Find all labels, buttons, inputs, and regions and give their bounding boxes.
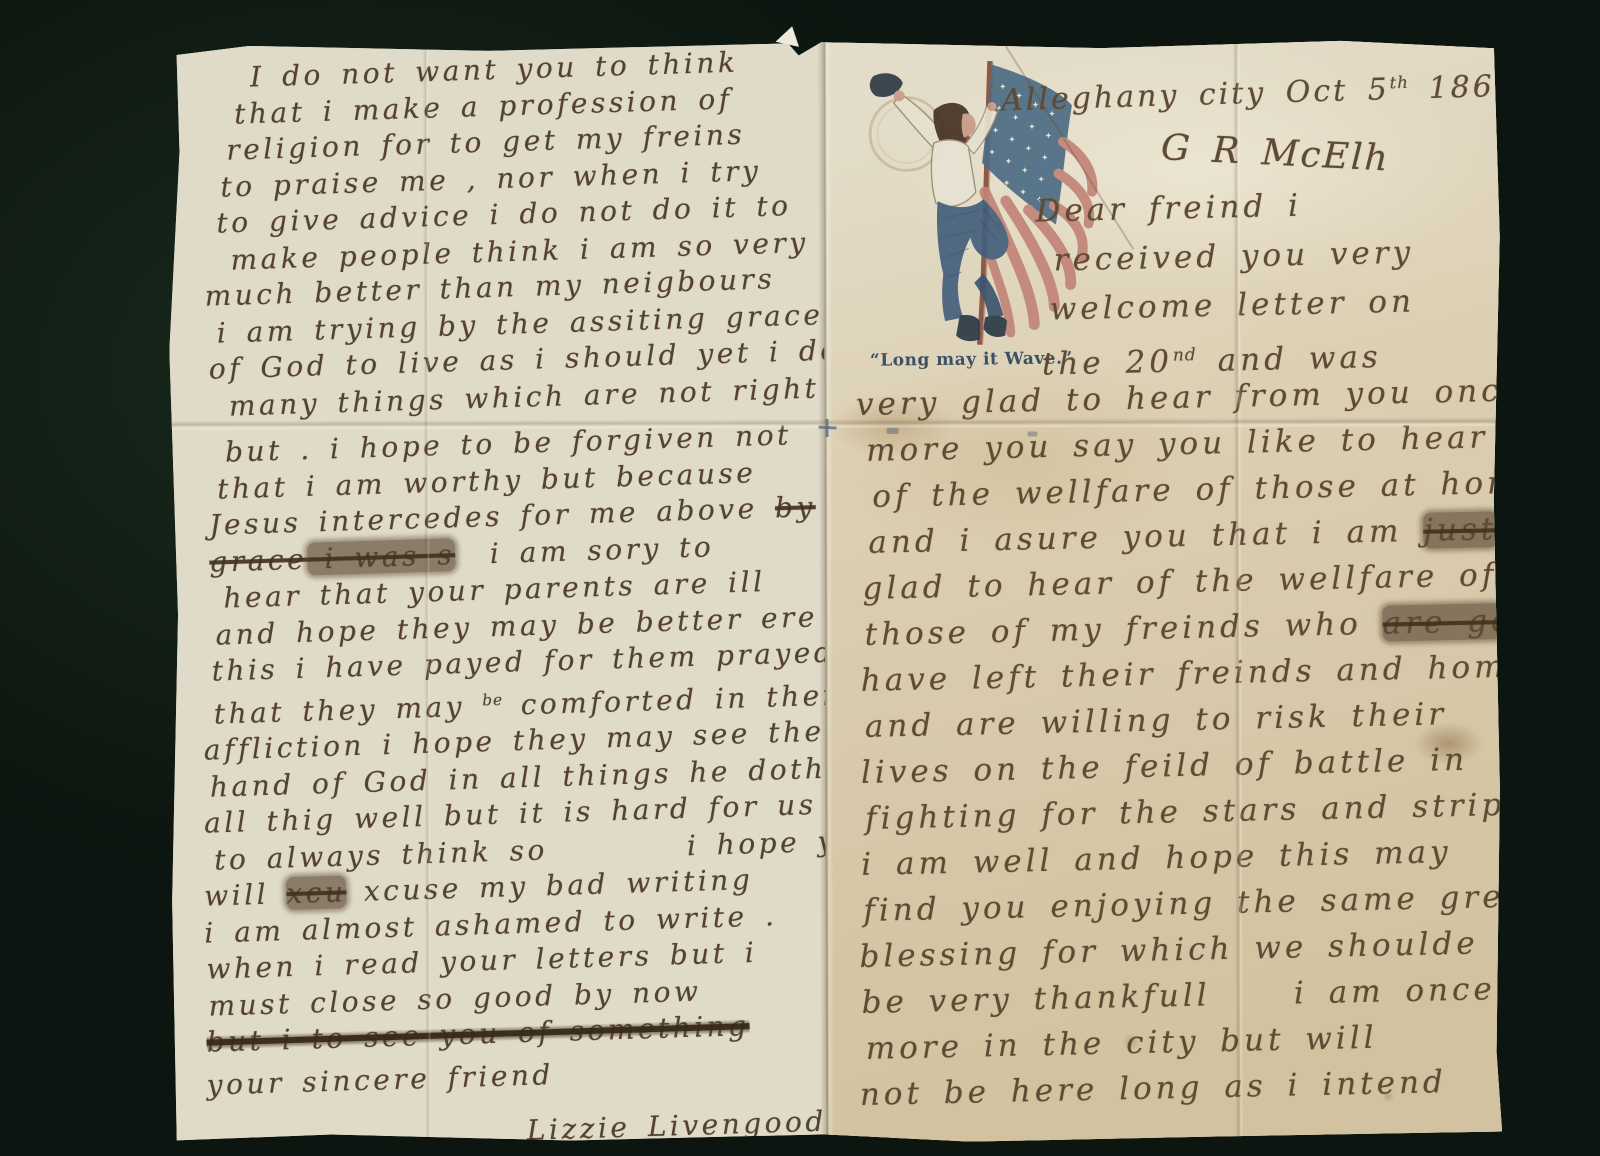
letter-line: welcome letter on	[1049, 277, 1415, 334]
letter-line: received you very	[1053, 229, 1415, 286]
photo-of-letter: { "palette":{ "backdrop":"#0c150f", "pap…	[0, 0, 1600, 1156]
letter-page-right: “Long may it Wave.” Alleghany city Oct 5…	[824, 38, 1504, 1142]
addressee-name: G R McElh	[1160, 125, 1391, 182]
left-page-text: I do not want you to thinkthat i make a …	[195, 58, 806, 1144]
letter-page-left: I do not want you to thinkthat i make a …	[169, 40, 827, 1144]
fold-cross-mark	[826, 419, 829, 437]
folded-letter-sheet: I do not want you to thinkthat i make a …	[169, 38, 1504, 1143]
fold-ink-mark	[1028, 431, 1038, 436]
fold-ink-mark	[887, 428, 899, 434]
right-page-text: very glad to hear from you oncemore you …	[850, 380, 1503, 1118]
letter-line: Dear freind i	[1035, 179, 1415, 236]
salutation-block: Dear freind ireceived you verywelcome le…	[1036, 186, 1416, 389]
letter-line: Lizzie Livengood	[526, 1104, 805, 1143]
